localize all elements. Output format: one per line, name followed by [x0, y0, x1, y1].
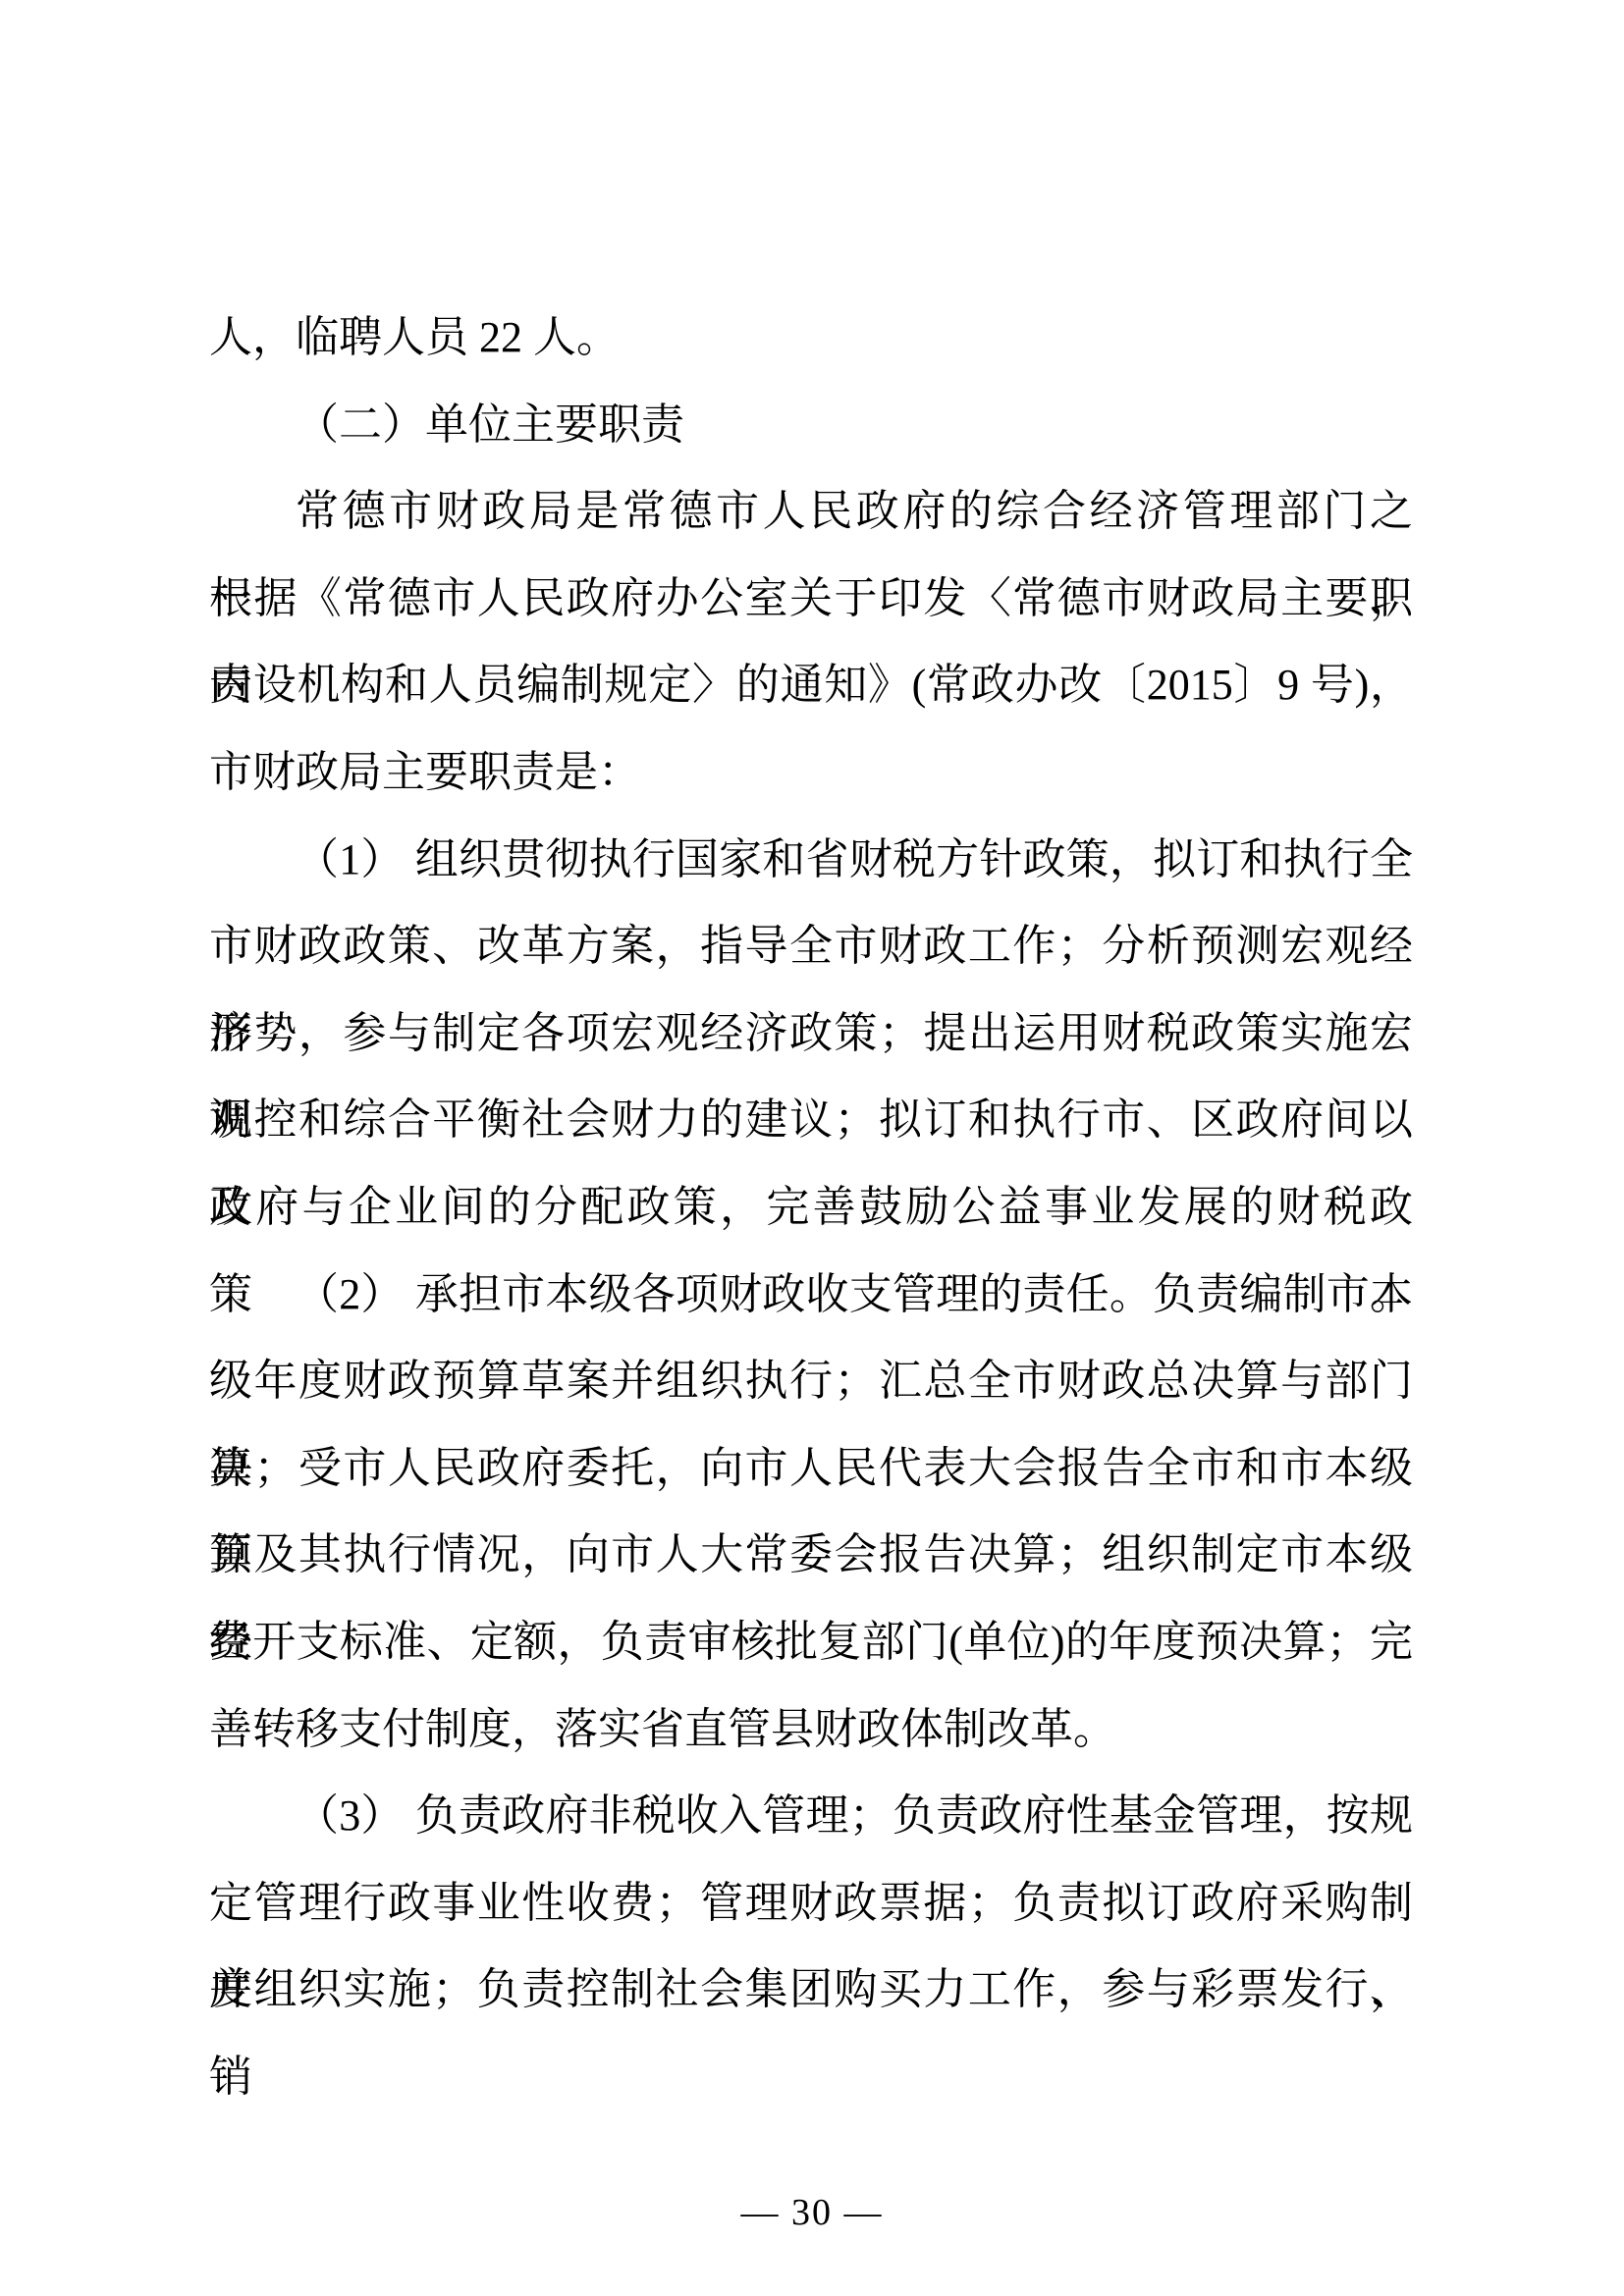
body-line: 形势，参与制定各项宏观经济政策；提出运用财税政策实施宏观 [209, 990, 1413, 1078]
body-line: 根据《常德市人民政府办公室关于印发〈常德市财政局主要职责 [209, 556, 1413, 643]
body-line: （1） 组织贯彻执行国家和省财税方针政策，拟订和执行全 [209, 817, 1413, 904]
body-line: 算及其执行情况，向市人大常委会报告决算；组织制定市本级经 [209, 1512, 1413, 1599]
body-line: 市财政局主要职责是： [209, 729, 1413, 817]
body-line: （3） 负责政府非税收入管理；负责政府性基金管理，按规 [209, 1773, 1413, 1860]
document-body: 人，临聘人员 22 人。 （二）单位主要职责 常德市财政局是常德市人民政府的综合… [209, 294, 1413, 2034]
body-line: 级年度财政预算草案并组织执行；汇总全市财政总决算与部门决 [209, 1338, 1413, 1425]
body-line: 政府与企业间的分配政策，完善鼓励公益事业发展的财税政策。 [209, 1164, 1413, 1252]
document-page: 人，临聘人员 22 人。 （二）单位主要职责 常德市财政局是常德市人民政府的综合… [0, 0, 1624, 2296]
body-line: （2） 承担市本级各项财政收支管理的责任。负责编制市本 [209, 1252, 1413, 1339]
body-line: 善转移支付制度，落实省直管县财政体制改革。 [209, 1686, 1413, 1774]
body-line: 定管理行政事业性收费；管理财政票据；负责拟订政府采购制度， [209, 1860, 1413, 1948]
body-line: 人，临聘人员 22 人。 [209, 294, 1413, 382]
page-number: — 30 — [0, 2191, 1624, 2234]
body-line: 内设机构和人员编制规定〉的通知》(常政办改〔2015〕9 号)， [209, 642, 1413, 729]
body-line: 并组织实施；负责控制社会集团购买力工作，参与彩票发行、销 [209, 1947, 1413, 2034]
body-line: 常德市财政局是常德市人民政府的综合经济管理部门之一， [209, 468, 1413, 556]
body-line: 费开支标准、定额，负责审核批复部门(单位)的年度预决算；完 [209, 1599, 1413, 1686]
body-line: 算；受市人民政府委托，向市人民代表大会报告全市和市本级预 [209, 1425, 1413, 1513]
body-line: 市财政政策、改革方案，指导全市财政工作；分析预测宏观经济 [209, 903, 1413, 990]
section-heading: （二）单位主要职责 [209, 382, 1413, 469]
body-line: 调控和综合平衡社会财力的建议；拟订和执行市、区政府间以及 [209, 1077, 1413, 1164]
